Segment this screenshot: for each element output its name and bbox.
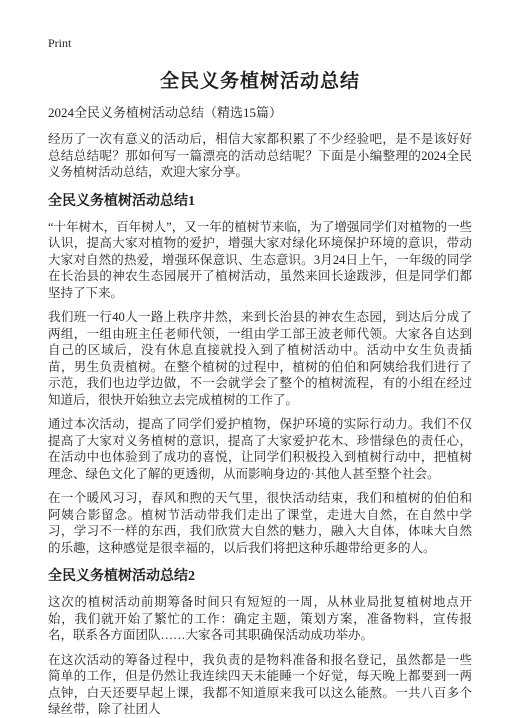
- section-heading-2: 全民义务植树活动总结2: [48, 567, 472, 586]
- body-paragraph: 通过本次活动，提高了同学们爱护植物，保护环境的实际行动力。我们不仅提高了大家对义…: [48, 416, 472, 482]
- body-paragraph: “十年树木，百年树人”，又一年的植树节来临，为了增强同学们对植物的一些认识，提高…: [48, 219, 472, 302]
- page-title: 全民义务植树活动总结: [48, 68, 472, 95]
- document-page: Print 全民义务植树活动总结 2024全民义务植树活动总结（精选15篇） 经…: [0, 0, 520, 718]
- body-paragraph: 在一个暖风习习，春风和煦的天气里，很快活动结束，我们和植树的伯伯和阿姨合影留念。…: [48, 490, 472, 556]
- print-button[interactable]: Print: [48, 35, 71, 51]
- body-paragraph: 在这次活动的筹备过程中，我负责的是物料准备和报名登记，虽然都是一些简单的工作，但…: [48, 652, 472, 718]
- body-paragraph: 这次的植树活动前期筹备时间只有短短的一周，从林业局批复植树地点开始，我们就开始了…: [48, 594, 472, 644]
- intro-paragraph: 经历了一次有意义的活动后，相信大家都积累了不少经验吧，是不是该好好总结总结呢？那…: [48, 131, 472, 181]
- document-subtitle: 2024全民义务植树活动总结（精选15篇）: [48, 104, 472, 122]
- section-heading-1: 全民义务植树活动总结1: [48, 192, 472, 211]
- body-paragraph: 我们班一行40人一路上秩序井然，来到长治县的神农生态园，到达后分成了两组，一组由…: [48, 309, 472, 408]
